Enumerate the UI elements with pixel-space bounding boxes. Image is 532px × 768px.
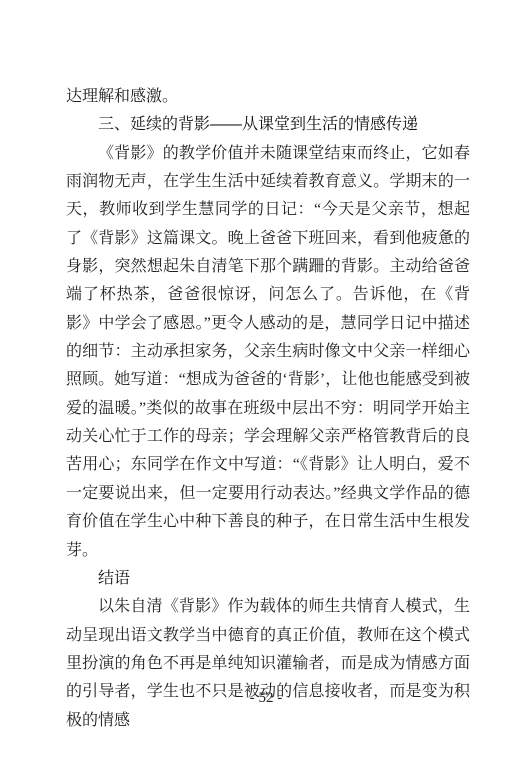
continuation-line: 达理解和感激。 (66, 83, 470, 111)
paragraph: 《背影》的教学价值并未随课堂结束而终止，它如春雨润物无声，在学生生活中延续着教育… (66, 140, 470, 565)
paragraph: 以朱自清《背影》作为载体的师生共情育人模式，生动呈现出语文教学当中德育的真正价值… (66, 593, 470, 735)
document-page: 达理解和感激。 三、延续的背影——从课堂到生活的情感传递 《背影》的教学价值并未… (0, 0, 532, 768)
section-heading: 三、延续的背影——从课堂到生活的情感传递 (66, 111, 470, 139)
conclusion-heading: 结语 (66, 565, 470, 593)
page-number: - 52 - (0, 690, 532, 707)
page-content: 达理解和感激。 三、延续的背影——从课堂到生活的情感传递 《背影》的教学价值并未… (66, 83, 470, 735)
